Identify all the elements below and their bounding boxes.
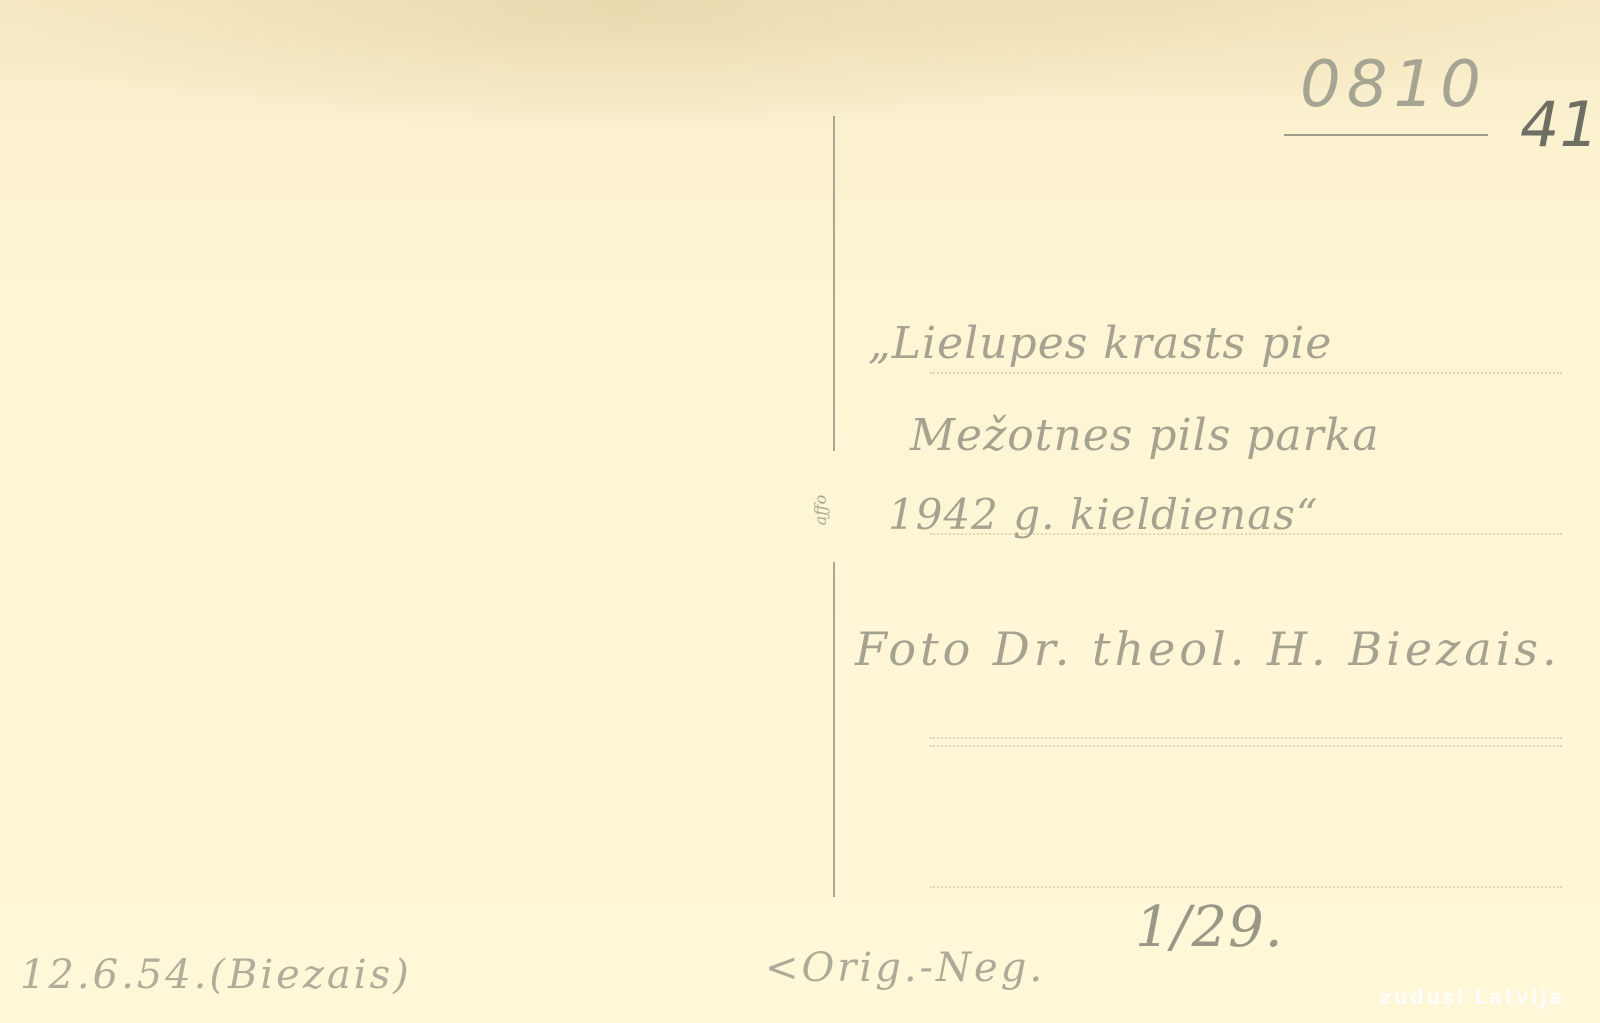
postcard-back: 0810 41 aƒƒo „Lielupes krasts pie Mežotn… xyxy=(0,0,1600,1023)
divider-mark: aƒƒo xyxy=(780,490,860,530)
original-negative-label: <Orig.-Neg. xyxy=(765,945,1045,991)
address-line-1 xyxy=(930,372,1562,374)
address-line-3b xyxy=(930,745,1562,747)
photo-credit: Foto Dr. theol. H. Biezais. xyxy=(855,622,1561,676)
address-line-3 xyxy=(930,737,1562,739)
watermark: zudusi Latvija xyxy=(1380,985,1564,1009)
catalog-underline xyxy=(1284,134,1488,136)
caption-line-1: „Lielupes krasts pie xyxy=(868,318,1332,369)
divider-line-bottom xyxy=(833,562,835,897)
caption-line-2: Mežotnes pils parka xyxy=(910,410,1380,461)
catalog-number: 0810 xyxy=(1300,48,1487,122)
date-note: 12.6.54.(Biezais) xyxy=(20,952,412,998)
catalog-suffix: 41 xyxy=(1520,88,1599,161)
address-line-4 xyxy=(930,886,1562,888)
negative-number: 1/29. xyxy=(1135,895,1284,960)
divider-line-top xyxy=(833,116,835,451)
caption-line-3: 1942 g. kieldienas“ xyxy=(888,490,1318,539)
